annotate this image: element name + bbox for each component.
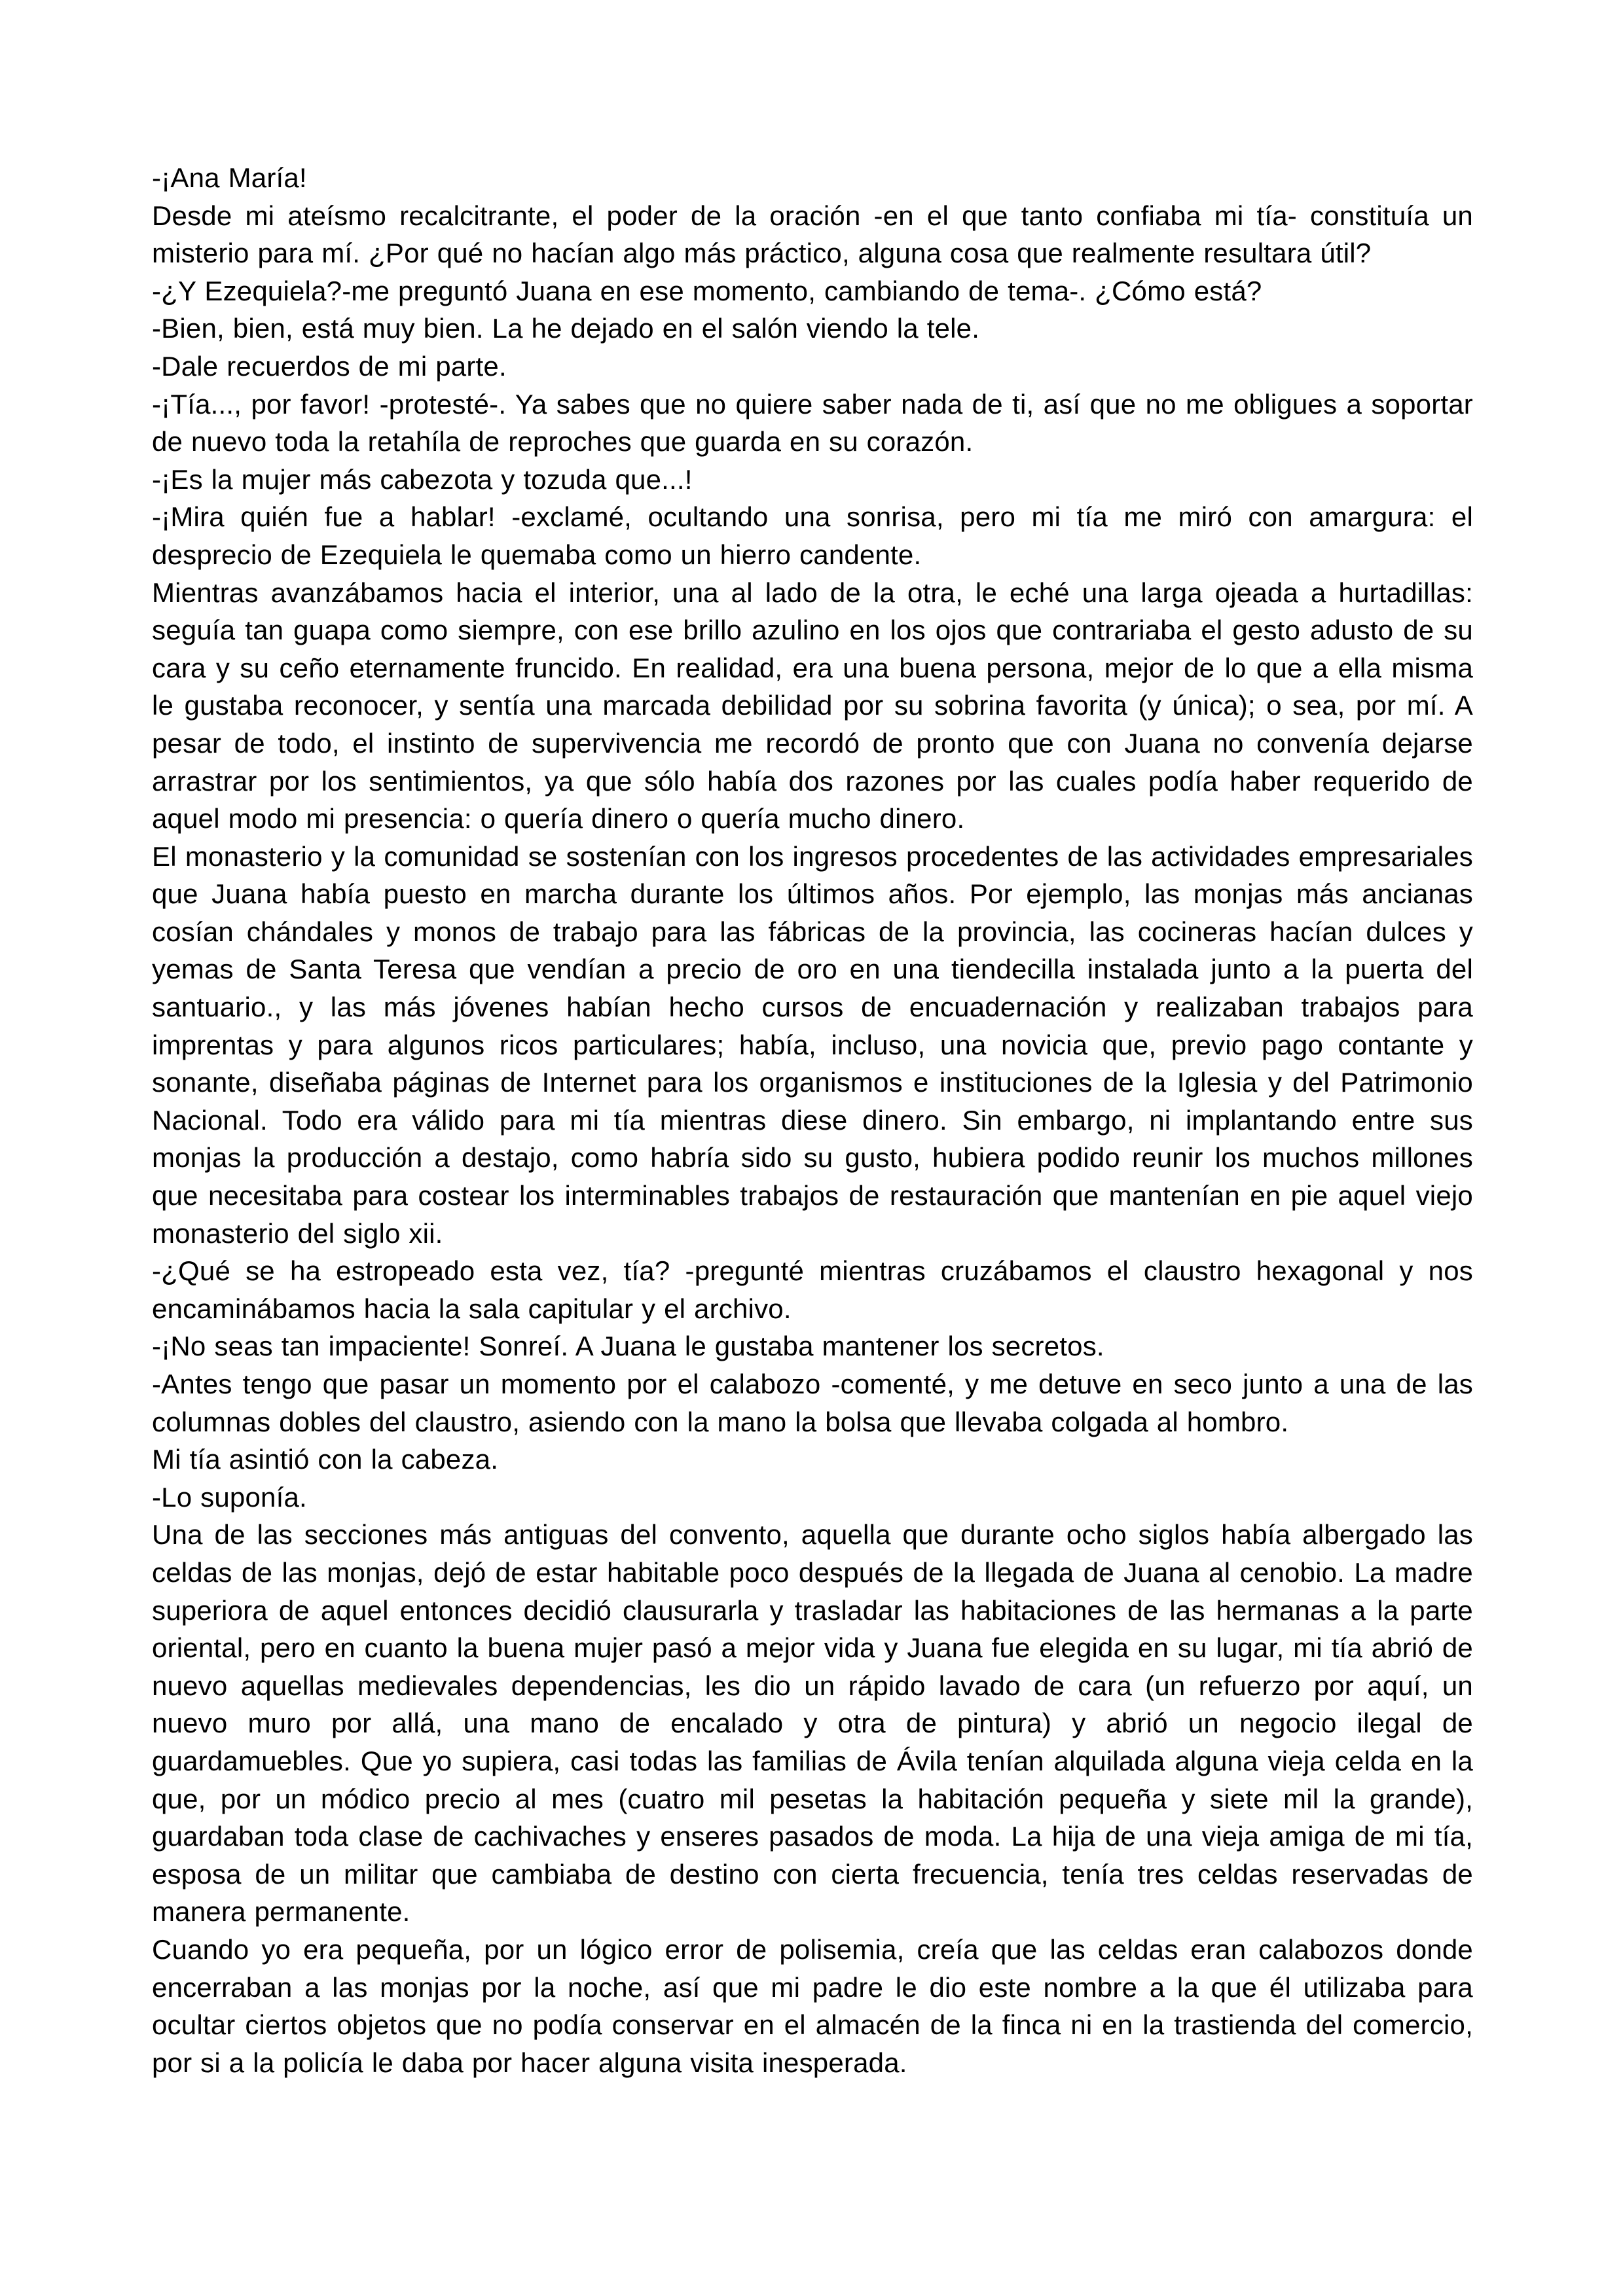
paragraph: -Dale recuerdos de mi parte. (152, 348, 1473, 386)
paragraph: -¡No seas tan impaciente! Sonreí. A Juan… (152, 1327, 1473, 1365)
paragraph: -¡Ana María! (152, 159, 1473, 197)
page-body: -¡Ana María!Desde mi ateísmo recalcitran… (152, 159, 1473, 2081)
paragraph: Una de las secciones más antiguas del co… (152, 1516, 1473, 1931)
paragraph: Desde mi ateísmo recalcitrante, el poder… (152, 197, 1473, 272)
paragraph: -¡Mira quién fue a hablar! -exclamé, ocu… (152, 498, 1473, 573)
paragraph: -Antes tengo que pasar un momento por el… (152, 1365, 1473, 1441)
paragraph: -¿Qué se ha estropeado esta vez, tía? -p… (152, 1252, 1473, 1327)
paragraph: Mientras avanzábamos hacia el interior, … (152, 574, 1473, 838)
paragraph: -¡Tía..., por favor! -protesté-. Ya sabe… (152, 386, 1473, 461)
paragraph: Cuando yo era pequeña, por un lógico err… (152, 1931, 1473, 2081)
paragraph: -Lo suponía. (152, 1479, 1473, 1516)
document-page: -¡Ana María!Desde mi ateísmo recalcitran… (0, 0, 1623, 2296)
paragraph: -Bien, bien, está muy bien. La he dejado… (152, 310, 1473, 348)
paragraph: -¿Y Ezequiela?-me preguntó Juana en ese … (152, 272, 1473, 310)
paragraph: Mi tía asintió con la cabeza. (152, 1441, 1473, 1479)
paragraph: -¡Es la mujer más cabezota y tozuda que.… (152, 461, 1473, 499)
paragraph: El monasterio y la comunidad se sostenía… (152, 838, 1473, 1253)
